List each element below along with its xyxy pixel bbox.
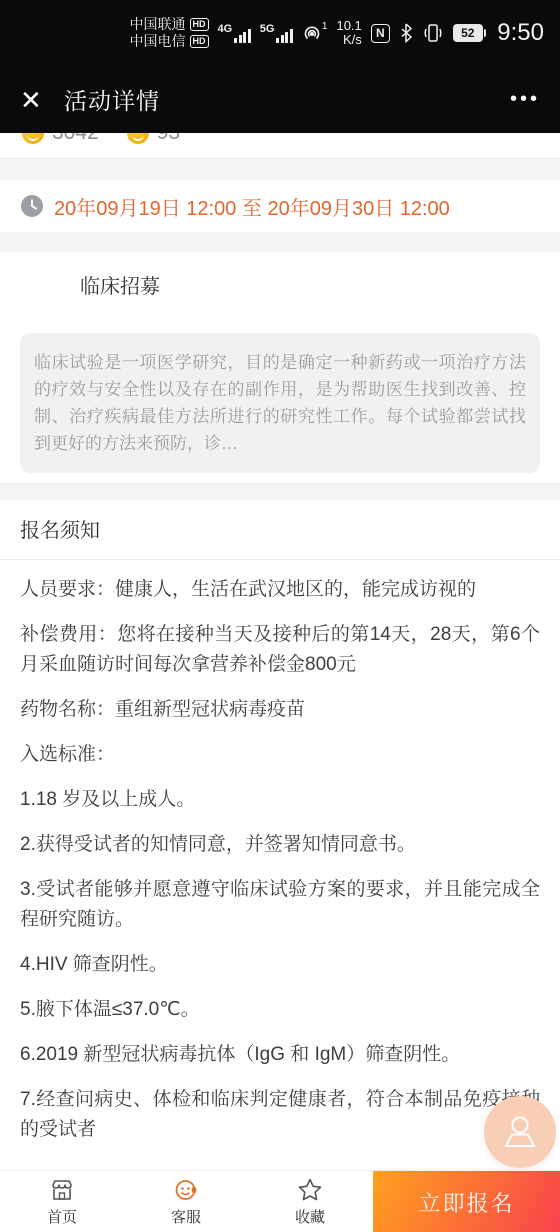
notice-section: 报名须知 人员要求：健康人，生活在武汉地区的，能完成访视的 补偿费用：您将在接种… — [0, 500, 560, 1200]
notice-paragraph: 5.腋下体温≤37.0℃。 — [20, 995, 540, 1025]
activity-date-range: 20年09月19日 12:00 至 20年09月30日 12:00 — [54, 192, 450, 221]
like-count: 93 — [127, 133, 180, 145]
battery-icon: 52 — [453, 24, 487, 42]
date-row: 20年09月19日 12:00 至 20年09月30日 12:00 — [0, 180, 560, 232]
battery-percent: 52 — [453, 24, 483, 42]
carrier-1-name: 中国联通 — [130, 17, 186, 32]
signal-bars-icon — [276, 27, 293, 43]
activity-title: 临床招募 — [20, 270, 540, 299]
tab-label: 首页 — [47, 1206, 77, 1227]
hd-badge-icon: HD — [190, 18, 209, 31]
notice-paragraph: 1.18 岁及以上成人。 — [20, 785, 540, 815]
bluetooth-icon — [399, 23, 413, 43]
divider-line — [0, 559, 560, 560]
activity-intro-box: 临床试验是一项医学研究，目的是确定一种新药或一项治疗方法的疗效与安全性以及存在的… — [20, 333, 540, 473]
status-bar: 中国联通 HD 中国电信 HD 4G 5G — [0, 0, 560, 66]
section-divider — [0, 157, 560, 180]
tab-home[interactable]: 首页 — [0, 1171, 124, 1232]
nfc-icon: N — [371, 24, 390, 43]
notice-paragraph: 7.经查问病史、体检和临床判定健康者，符合本制品免疫接种的受试者 — [20, 1085, 540, 1145]
notice-paragraph: 药物名称：重组新型冠状病毒疫苗 — [20, 695, 540, 725]
tab-favorite[interactable]: 收藏 — [248, 1171, 372, 1232]
notice-paragraph: 人员要求：健康人，生活在武汉地区的，能完成访视的 — [20, 575, 540, 605]
star-icon — [297, 1177, 323, 1203]
tab-label: 收藏 — [295, 1206, 325, 1227]
customer-service-icon — [173, 1177, 199, 1203]
more-menu-icon[interactable]: ••• — [510, 88, 540, 111]
network-type-label: 4G — [218, 24, 233, 35]
tab-customer-service[interactable]: 客服 — [124, 1171, 248, 1232]
hd-badge-icon: HD — [190, 35, 209, 48]
speed-unit: K/s — [343, 33, 362, 47]
hotspot-count: 1 — [322, 21, 328, 32]
signal-4g: 4G — [218, 24, 251, 43]
coin-icon — [127, 133, 149, 144]
tab-label: 客服 — [171, 1206, 201, 1227]
floating-profile-button[interactable] — [484, 1096, 556, 1168]
signal-5g: 5G — [260, 24, 293, 43]
page-title: 活动详情 — [64, 83, 160, 116]
notice-paragraph: 4.HIV 筛查阴性。 — [20, 950, 540, 980]
notice-body: 人员要求：健康人，生活在武汉地区的，能完成访视的 补偿费用：您将在接种当天及接种… — [20, 575, 540, 1145]
section-divider — [0, 232, 560, 252]
hotspot-icon: 1 — [302, 23, 328, 43]
notice-paragraph: 6.2019 新型冠状病毒抗体（IgG 和 IgM）筛查阴性。 — [20, 1040, 540, 1070]
title-bar: ✕ 活动详情 ••• — [0, 66, 560, 133]
notice-paragraph: 2.获得受试者的知情同意，并签署知情同意书。 — [20, 830, 540, 860]
notice-paragraph: 3.受试者能够并愿意遵守临床试验方案的要求，并且能完成全程研究随访。 — [20, 875, 540, 935]
speed-value: 10.1 — [336, 19, 361, 33]
close-icon[interactable]: ✕ — [20, 87, 54, 113]
stats-row: 3042 93 — [0, 133, 560, 157]
store-icon — [49, 1177, 75, 1203]
activity-block: 临床招募 临床试验是一项医学研究，目的是确定一种新药或一项治疗方法的疗效与安全性… — [0, 252, 560, 483]
signal-bars-icon — [234, 27, 251, 43]
activity-detail-screen: 中国联通 HD 中国电信 HD 4G 5G — [0, 0, 560, 1232]
status-time: 9:50 — [497, 19, 544, 47]
notice-paragraph: 补偿费用：您将在接种当天及接种后的第14天，28天，第6个月采血随访时间每次拿营… — [20, 620, 540, 680]
clock-icon — [20, 194, 44, 218]
carrier-labels: 中国联通 HD 中国电信 HD — [130, 17, 209, 49]
network-speed: 10.1 K/s — [336, 19, 361, 47]
signup-now-button[interactable]: 立即报名 — [373, 1171, 560, 1232]
carrier-2-name: 中国电信 — [130, 34, 186, 49]
vibrate-icon — [422, 23, 444, 43]
notice-title: 报名须知 — [20, 500, 540, 559]
notice-paragraph: 入选标准： — [20, 740, 540, 770]
network-type-label: 5G — [260, 24, 275, 35]
section-divider — [0, 483, 560, 500]
coin-icon — [22, 133, 44, 144]
view-count: 3042 — [22, 133, 99, 145]
person-icon — [498, 1110, 542, 1154]
bottom-bar: 首页 客服 收藏 立即报名 — [0, 1170, 560, 1232]
